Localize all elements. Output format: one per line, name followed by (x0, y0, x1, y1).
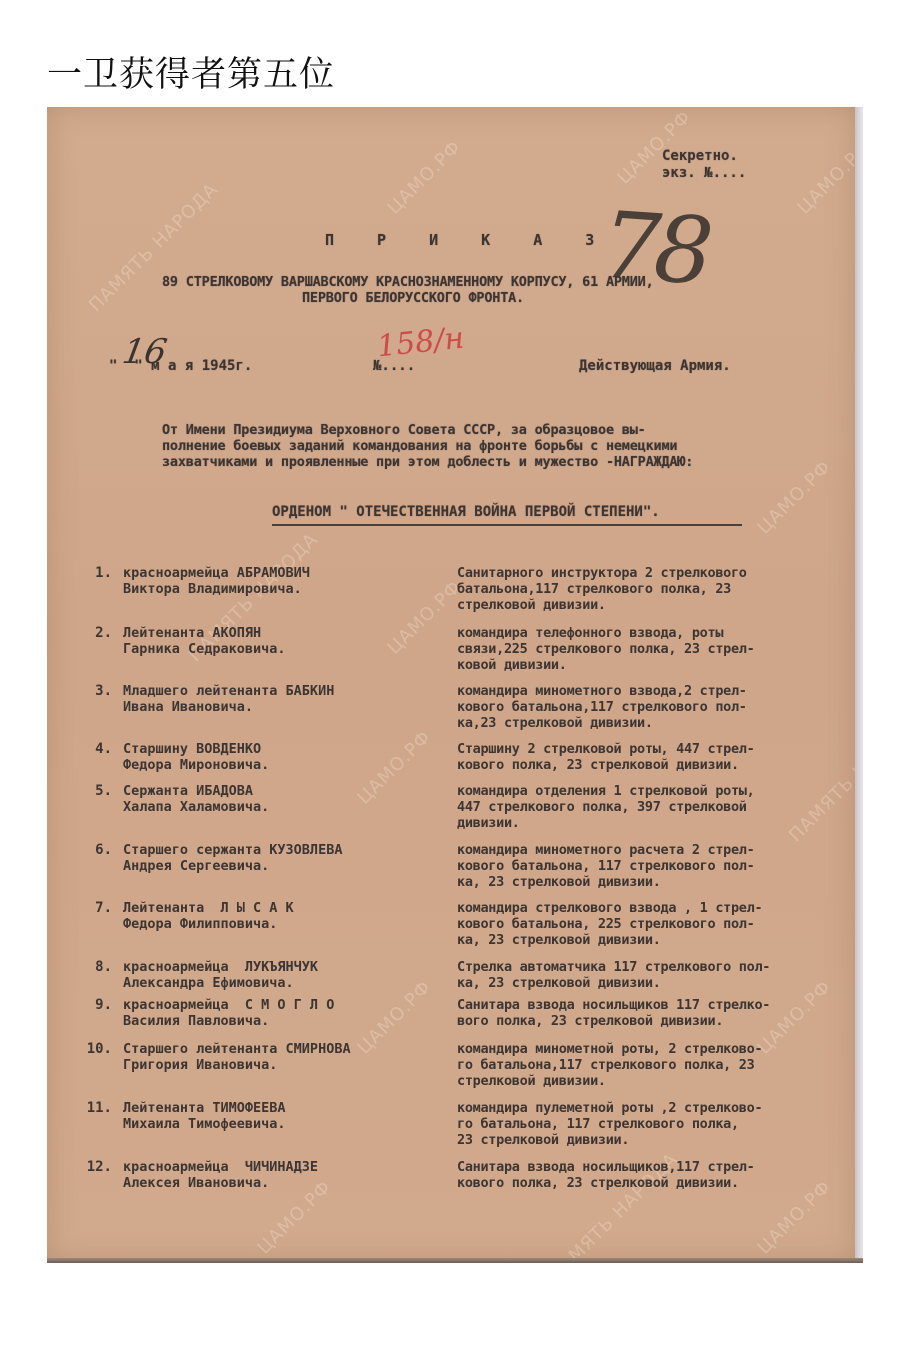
watermark-text: ПАМЯТЬ НАРОДА (85, 179, 222, 316)
awardee-number: 10. (72, 1041, 112, 1057)
watermark-text: ЦАМО.РФ (353, 976, 435, 1058)
awardee-name: красноармейца ЛУКЪЯНЧУК Александра Ефимо… (123, 959, 318, 991)
watermark-text: ЦАМО.РФ (753, 456, 835, 538)
awardee-unit: командира стрелкового взвода , 1 стрел- … (457, 900, 762, 948)
watermark-text: ЦАМО.РФ (793, 136, 855, 218)
awardee-number: 12. (72, 1159, 112, 1175)
watermark-text: ЦАМО.РФ (383, 136, 465, 218)
watermark-text: ЦАМО.РФ (383, 576, 465, 658)
document-page: ПАМЯТЬ НАРОДАЦАМО.РФЦАМО.РФЦАМО.РФПАМЯТЬ… (47, 107, 855, 1263)
awardee-unit: Санитара взвода носильщиков 117 стрелко-… (457, 997, 770, 1029)
paper-edge (855, 107, 863, 1263)
awardee-name: Лейтенанта ТИМОФЕЕВА Михаила Тимофеевича… (123, 1100, 286, 1132)
awardee-name: красноармейца ЧИЧИНАДЗЕ Алексея Иванович… (123, 1159, 318, 1191)
awardee-name: Сержанта ИБАДОВА Халапа Халамовича. (123, 783, 269, 815)
awardee-number: 3. (72, 683, 112, 699)
watermark-text: ЦАМО.РФ (753, 1176, 835, 1258)
award-order-name: ОРДЕНОМ " ОТЕЧЕСТВЕННАЯ ВОЙНА ПЕРВОЙ СТЕ… (272, 505, 660, 520)
awardee-unit: командира телефонного взвода, роты связи… (457, 625, 754, 673)
awardee-name: Старшину ВОВДЕНКО Федора Мироновича. (123, 741, 269, 773)
awardee-number: 9. (72, 997, 112, 1013)
awardee-name: красноармейца С М О Г Л О Василия Павлов… (123, 997, 334, 1029)
awardee-unit: командира минометного расчета 2 стрел- к… (457, 842, 754, 890)
awardee-unit: командира пулеметной роты ,2 стрелково- … (457, 1100, 762, 1148)
header-line-1: 89 СТРЕЛКОВОМУ ВАРШАВСКОМУ КРАСНОЗНАМЕНН… (162, 275, 654, 290)
watermark-text: ЦАМО.РФ (353, 726, 435, 808)
awardee-unit: командира минометного взвода,2 стрел- ко… (457, 683, 747, 731)
awardee-unit: Стрелка автоматчика 117 стрелкового пол-… (457, 959, 770, 991)
awardee-unit: Санитарного инструктора 2 стрелкового ба… (457, 565, 747, 613)
awardee-unit: командира отделения 1 стрелковой роты, 4… (457, 783, 754, 831)
location-text: Действующая Армия. (579, 359, 731, 374)
awardee-number: 6. (72, 842, 112, 858)
awardee-number: 2. (72, 625, 112, 641)
header-line-2: ПЕРВОГО БЕЛОРУССКОГО ФРОНТА. (302, 291, 524, 306)
awardee-name: Лейтенанта АКОПЯН Гарника Седраковича. (123, 625, 286, 657)
classification-stamp: Секретно. (662, 149, 738, 164)
watermark-text: ПАМЯТЬ НАРОДА (785, 709, 855, 846)
handwritten-order-number: 158/н (375, 321, 465, 365)
paper-bottom-edge (47, 1258, 863, 1263)
order-name-underline (272, 524, 742, 526)
awardee-name: Лейтенанта Л Ы С А К Федора Филипповича. (123, 900, 294, 932)
order-title: П Р И К А З (325, 232, 611, 249)
awardee-unit: командира минометной роты, 2 стрелково- … (457, 1041, 762, 1089)
handwritten-date-day: 16 (119, 332, 169, 372)
awardee-unit: Старшину 2 стрелковой роты, 447 стрел- к… (457, 741, 754, 773)
awardee-name: Старшего сержанта КУЗОВЛЕВА Андрея Серге… (123, 842, 342, 874)
awardee-unit: Санитара взвода носильщиков,117 стрел- к… (457, 1159, 754, 1191)
caption-title: 一卫获得者第五位 (47, 58, 335, 93)
awardee-number: 1. (72, 565, 112, 581)
awardee-name: Старшего лейтенанта СМИРНОВА Григория Ив… (123, 1041, 351, 1073)
awardee-number: 5. (72, 783, 112, 799)
awardee-number: 7. (72, 900, 112, 916)
awardee-number: 8. (72, 959, 112, 975)
preamble-paragraph: От Имени Президиума Верховного Совета СС… (162, 422, 693, 470)
awardee-name: красноармейца АБРАМОВИЧ Виктора Владимир… (123, 565, 310, 597)
awardee-number: 4. (72, 741, 112, 757)
copy-number: экз. №.... (662, 166, 746, 181)
awardee-name: Младшего лейтенанта БАБКИН Ивана Иванови… (123, 683, 334, 715)
awardee-number: 11. (72, 1100, 112, 1116)
